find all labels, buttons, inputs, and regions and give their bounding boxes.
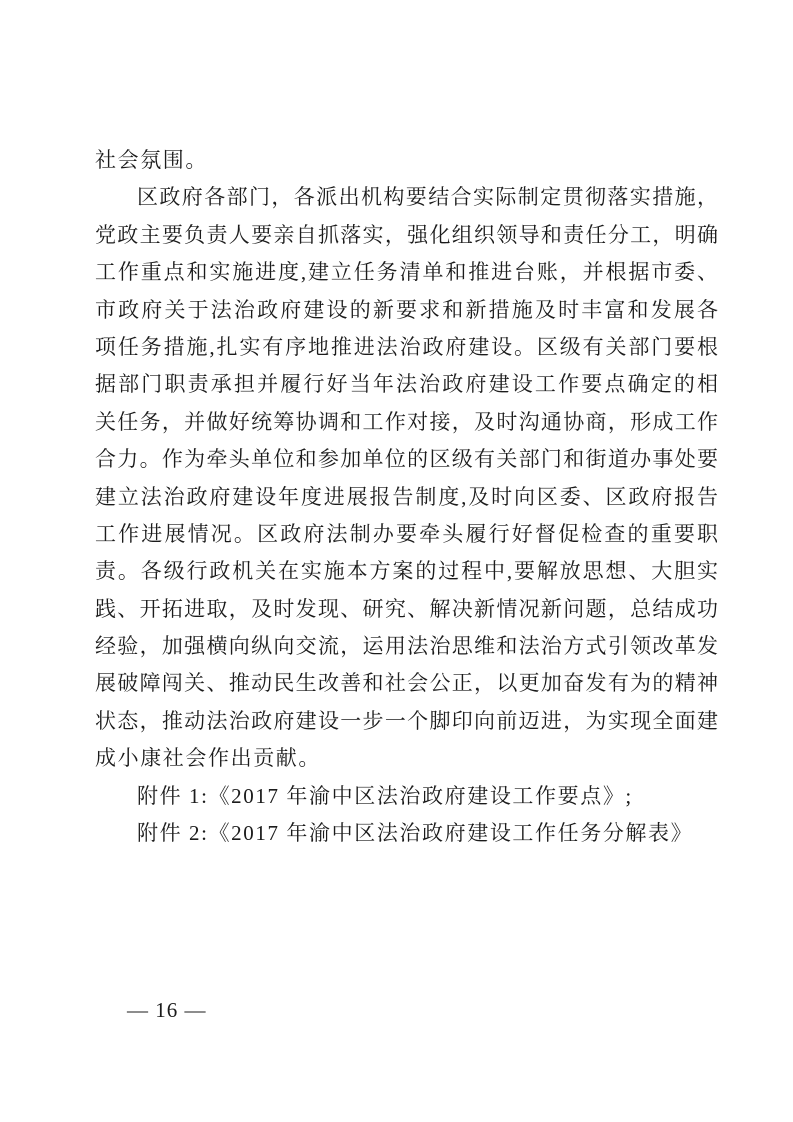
text-line: 社会氛围。 [95,142,718,179]
text-line: 践、开拓进取，及时发现、研究、解决新情况新问题，总结成功 [95,591,718,628]
text-line: 党政主要负责人要亲自抓落实，强化组织领导和责任分工，明确 [95,217,718,254]
text-line: 工作重点和实施进度,建立任务清单和推进台账，并根据市委、 [95,254,718,291]
text-line: 工作进展情况。区政府法制办要牵头履行好督促检查的重要职 [95,516,718,553]
page-number: — 16 — [127,998,207,1022]
text-line: 展破障闯关、推动民生改善和社会公正，以更加奋发有为的精神 [95,665,718,702]
text-line: 项任务措施,扎实有序地推进法治政府建设。区级有关部门要根 [95,329,718,366]
text-line: 经验，加强横向纵向交流，运用法治思维和法治方式引领改革发 [95,628,718,665]
text-line: 据部门职责承担并履行好当年法治政府建设工作要点确定的相 [95,366,718,403]
document-page: 社会氛围。 区政府各部门，各派出机构要结合实际制定贯彻落实措施， 党政主要负责人… [0,0,793,1122]
document-body: 社会氛围。 区政府各部门，各派出机构要结合实际制定贯彻落实措施， 党政主要负责人… [95,142,718,852]
text-line: 状态，推动法治政府建设一步一个脚印向前迈进，为实现全面建 [95,703,718,740]
page-footer: — 16 — [127,998,207,1023]
text-line: 成小康社会作出贡献。 [95,740,718,777]
text-line: 建立法治政府建设年度进展报告制度,及时向区委、区政府报告 [95,479,718,516]
text-line: 附件 1:《2017 年渝中区法治政府建设工作要点》; [95,778,718,815]
text-line: 附件 2:《2017 年渝中区法治政府建设工作任务分解表》 [95,815,718,852]
text-line: 市政府关于法治政府建设的新要求和新措施及时丰富和发展各 [95,292,718,329]
text-line: 关任务，并做好统筹协调和工作对接，及时沟通协商，形成工作 [95,404,718,441]
text-line: 区政府各部门，各派出机构要结合实际制定贯彻落实措施， [95,179,718,216]
text-line: 责。各级行政机关在实施本方案的过程中,要解放思想、大胆实 [95,553,718,590]
text-line: 合力。作为牵头单位和参加单位的区级有关部门和街道办事处要 [95,441,718,478]
